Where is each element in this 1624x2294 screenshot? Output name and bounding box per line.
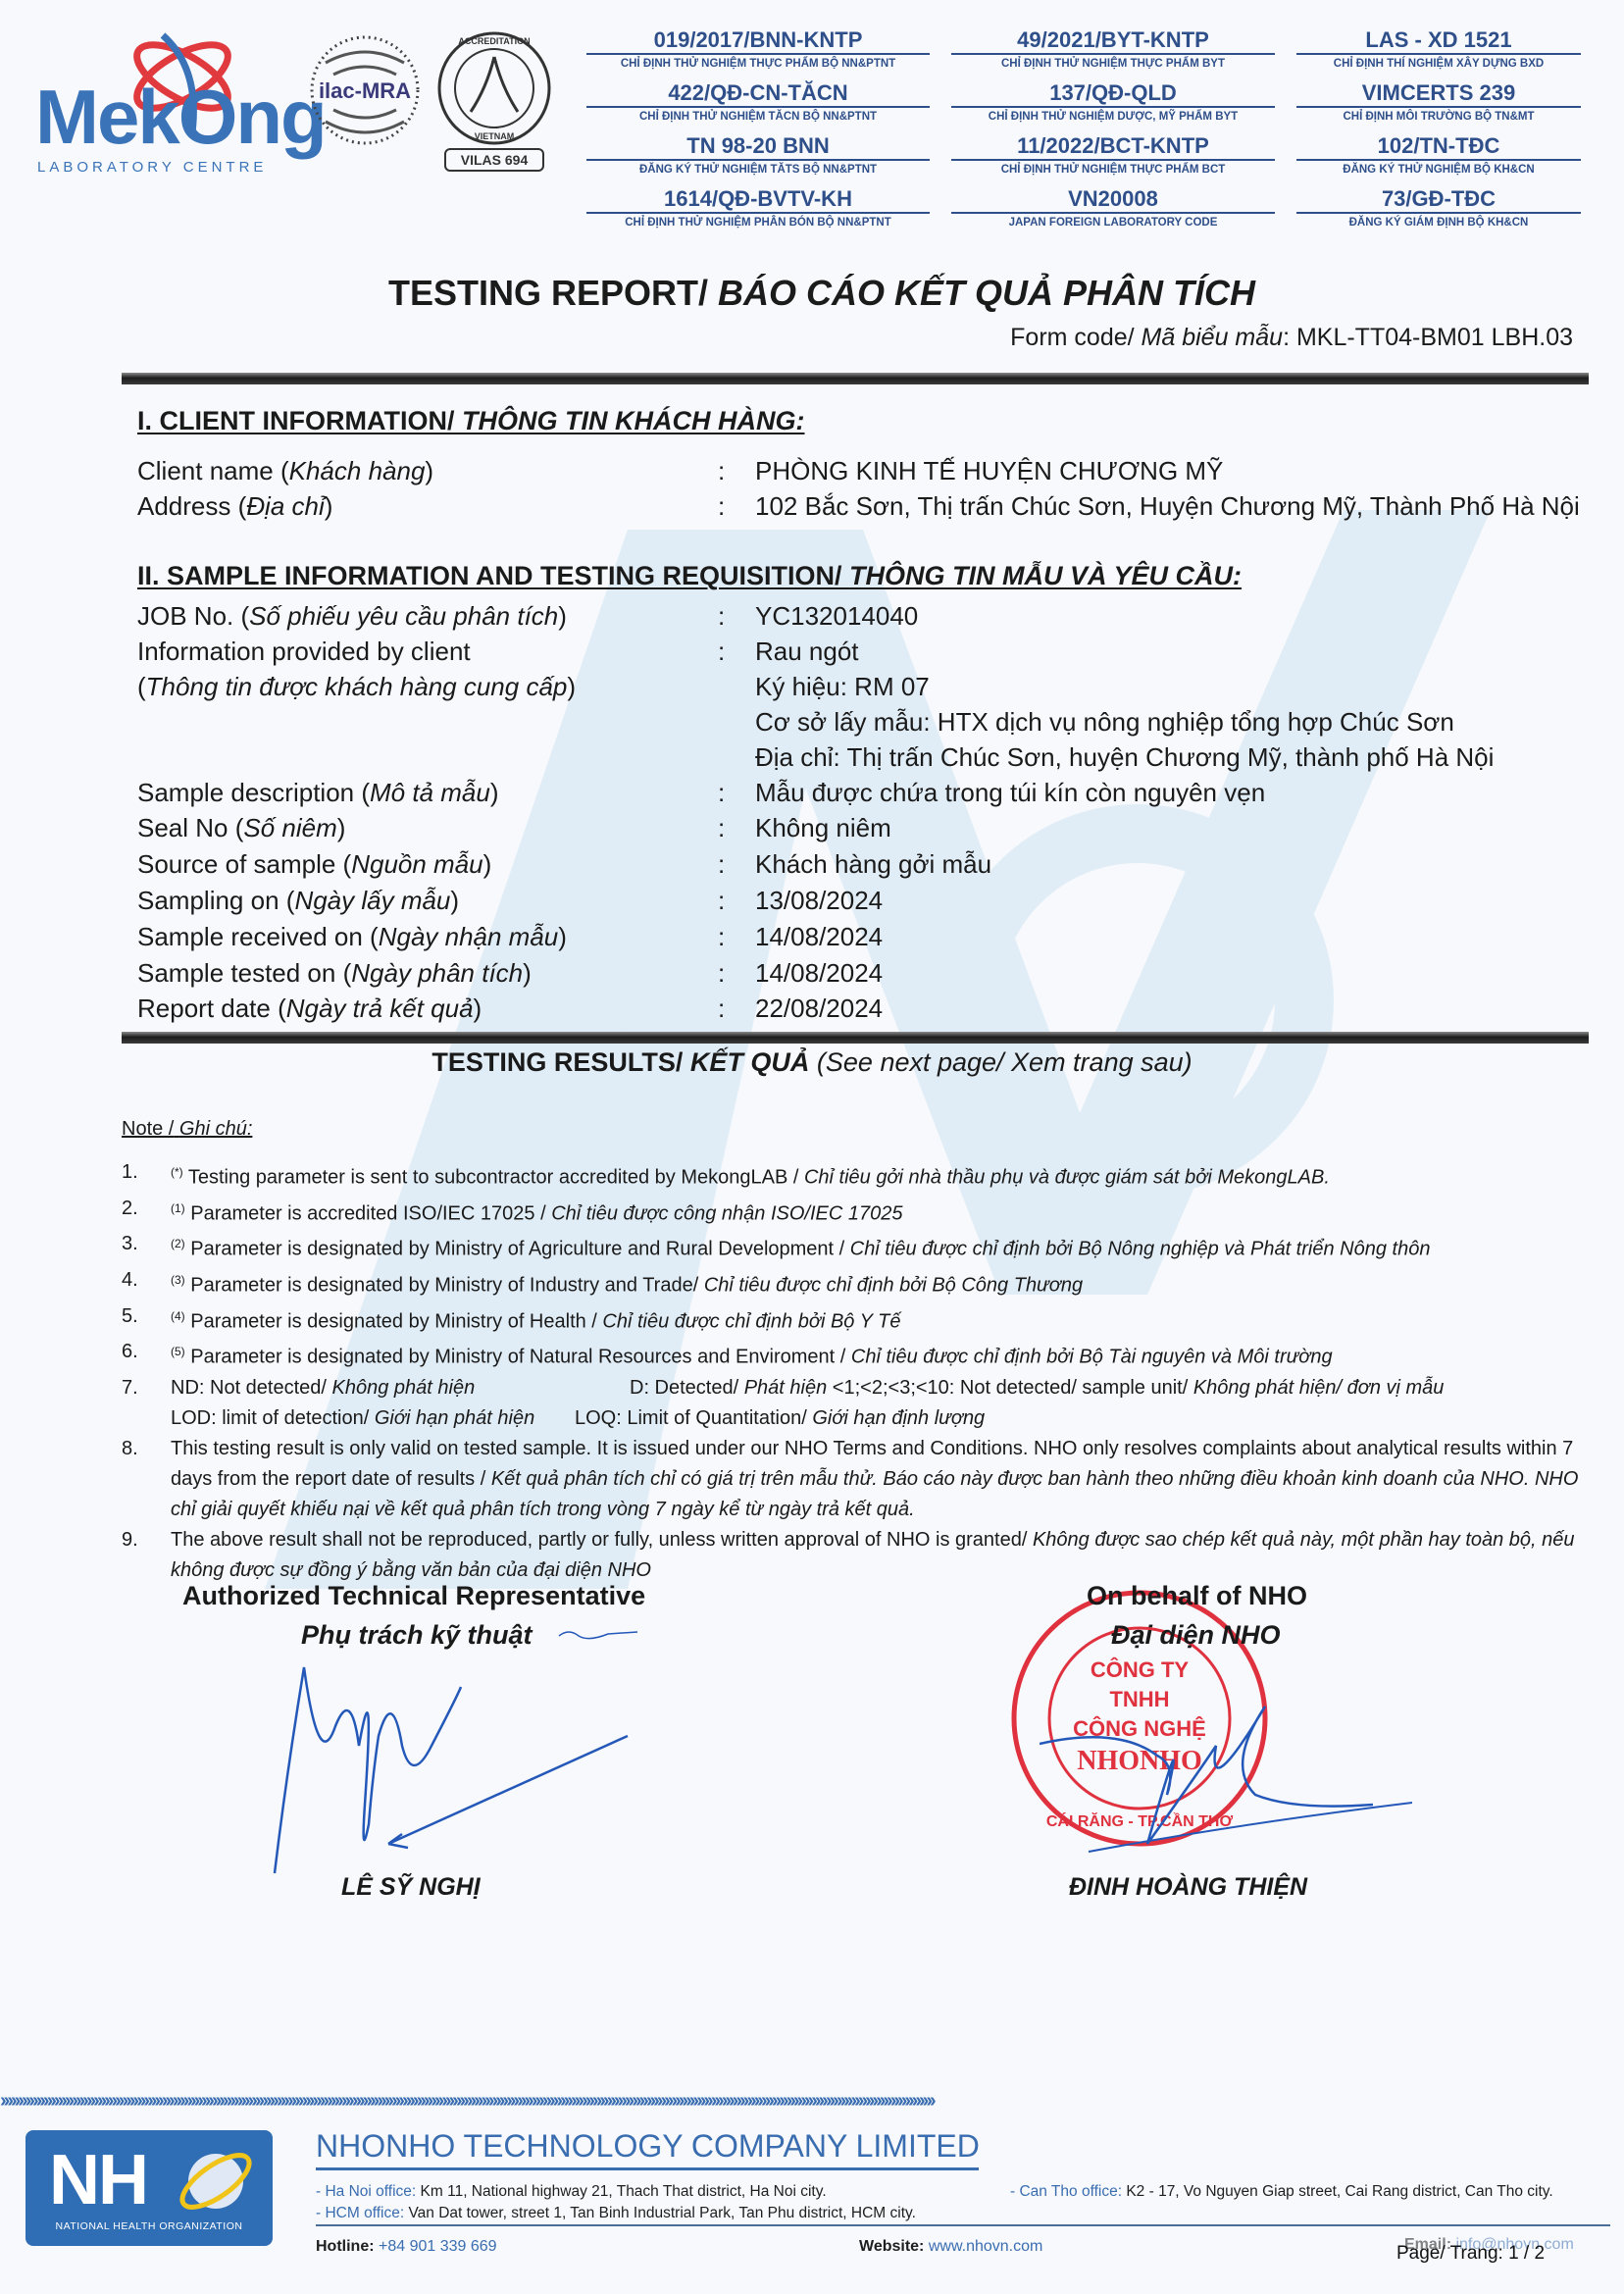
accreditation-desc: ĐĂNG KÝ GIÁM ĐỊNH BỘ KH&CN xyxy=(1296,214,1581,231)
sample-info-value: 14/08/2024 xyxy=(755,919,1599,954)
note-item-8: 8. This testing result is only valid on … xyxy=(122,1434,1583,1525)
note-item-5: 5.(4) Parameter is designated by Ministr… xyxy=(122,1301,1583,1338)
accreditation-item: 102/TN-TĐCĐĂNG KÝ THỬ NGHIỆM BỘ KH&CN xyxy=(1296,133,1581,186)
company-name: NHONHO TECHNOLOGY COMPANY LIMITED xyxy=(316,2128,980,2165)
svg-text:ilac-MRA: ilac-MRA xyxy=(319,78,411,103)
sample-code: Ký hiệu: RM 07 xyxy=(755,669,1599,704)
note-item-1: 1.(*) Testing parameter is sent to subco… xyxy=(122,1157,1583,1194)
svg-text:ACCREDITATION: ACCREDITATION xyxy=(458,36,530,46)
sample-info-value: Mẫu được chứa trong túi kín còn nguyên v… xyxy=(755,775,1599,810)
sample-info-value: Không niêm xyxy=(755,810,1599,845)
bureau-of-accreditation-logo: ACCREDITATION VIETNAM VILAS 694 xyxy=(431,29,557,177)
accreditation-item: TN 98-20 BNNĐĂNG KÝ THỬ NGHIỆM TĂTS BỘ N… xyxy=(586,133,930,186)
accreditation-code: VIMCERTS 239 xyxy=(1296,80,1581,108)
ilac-mra-logo: ilac-MRA xyxy=(306,31,424,149)
accreditation-item: VN20008JAPAN FOREIGN LABORATORY CODE xyxy=(951,186,1275,239)
nho-rep-name: ĐINH HOÀNG THIỆN xyxy=(1069,1873,1307,1902)
page-number: Page/ Trang: 1 / 2 xyxy=(1396,2243,1545,2265)
cantho-office: - Can Tho office: K2 - 17, Vo Nguyen Gia… xyxy=(1010,2183,1553,2201)
accreditation-code: 73/GĐ-TĐC xyxy=(1296,186,1581,214)
testing-results-line: TESTING RESULTS/ KẾT QUẢ (See next page/… xyxy=(0,1047,1624,1078)
job-number-value: YC132014040 xyxy=(755,598,1599,634)
notes-list: 1.(*) Testing parameter is sent to subco… xyxy=(122,1157,1583,1586)
signature-right-icon xyxy=(1040,1687,1412,1863)
website-link[interactable]: Website: www.nhovn.com xyxy=(859,2238,1042,2256)
note-item-2: 2.(1) Parameter is accredited ISO/IEC 17… xyxy=(122,1194,1583,1230)
svg-text:CÔNG TY: CÔNG TY xyxy=(1091,1657,1190,1682)
client-info-heading: I. CLIENT INFORMATION/ THÔNG TIN KHÁCH H… xyxy=(137,406,804,436)
accreditation-item: LAS - XD 1521CHỈ ĐỊNH THÍ NGHIỆM XÂY DỰN… xyxy=(1296,27,1581,80)
accreditation-desc: CHỈ ĐỊNH THỬ NGHIỆM TĂCN BỘ NN&PTNT xyxy=(586,108,930,126)
mekong-logo-subtitle: LABORATORY CENTRE xyxy=(37,159,267,176)
accreditation-item: 019/2017/BNN-KNTPCHỈ ĐỊNH THỬ NGHIỆM THỰ… xyxy=(586,27,930,80)
divider xyxy=(122,373,1589,384)
mekong-logo: MekOng LABORATORY CENTRE xyxy=(35,29,280,177)
sample-info-value: 14/08/2024 xyxy=(755,955,1599,991)
accreditation-code: 102/TN-TĐC xyxy=(1296,133,1581,161)
accreditation-item: 11/2022/BCT-KNTPCHỈ ĐỊNH THỬ NGHIỆM THỰC… xyxy=(951,133,1275,186)
accreditation-item: 422/QĐ-CN-TĂCNCHỈ ĐỊNH THỬ NGHIỆM TĂCN B… xyxy=(586,80,930,133)
accreditation-item: VIMCERTS 239CHỈ ĐỊNH MÔI TRƯỜNG BỘ TN&MT xyxy=(1296,80,1581,133)
accreditation-desc: JAPAN FOREIGN LABORATORY CODE xyxy=(951,214,1275,231)
note-item-6: 6.(5) Parameter is designated by Ministr… xyxy=(122,1337,1583,1373)
accreditation-item: 73/GĐ-TĐCĐĂNG KÝ GIÁM ĐỊNH BỘ KH&CN xyxy=(1296,186,1581,239)
technical-rep-name: LÊ SỸ NGHỊ xyxy=(341,1873,481,1902)
accreditation-code: 019/2017/BNN-KNTP xyxy=(586,27,930,55)
mekong-logo-text: MekOng xyxy=(35,78,326,155)
sample-info-heading: II. SAMPLE INFORMATION AND TESTING REQUI… xyxy=(137,561,1242,591)
accreditation-code: 137/QĐ-QLD xyxy=(951,80,1275,108)
nho-rep-title: On behalf of NHO xyxy=(1087,1581,1307,1611)
note-item-3: 3.(2) Parameter is designated by Ministr… xyxy=(122,1229,1583,1265)
accreditation-item: 49/2021/BYT-KNTPCHỈ ĐỊNH THỬ NGHIỆM THỰC… xyxy=(951,27,1275,80)
hcm-office: - HCM office: Van Dat tower, street 1, T… xyxy=(316,2205,916,2222)
client-address-value: 102 Bắc Sơn, Thị trấn Chúc Sơn, Huyện Ch… xyxy=(755,488,1599,524)
accreditation-desc: CHỈ ĐỊNH THỬ NGHIỆM THỰC PHẨM BCT xyxy=(951,161,1275,178)
accreditation-code: VN20008 xyxy=(951,186,1275,214)
form-code: Form code/ Mã biểu mẫu: MKL-TT04-BM01 LB… xyxy=(1010,324,1573,352)
sample-info-value: Khách hàng gởi mẫu xyxy=(755,846,1599,882)
accreditation-desc: CHỈ ĐỊNH THỬ NGHIỆM THỰC PHẨM BỘ NN&PTNT xyxy=(586,55,930,73)
accreditation-desc: CHỈ ĐỊNH THỬ NGHIỆM DƯỢC, MỸ PHẨM BYT xyxy=(951,108,1275,126)
note-item-4: 4.(3) Parameter is designated by Ministr… xyxy=(122,1265,1583,1301)
accreditation-item: 137/QĐ-QLDCHỈ ĐỊNH THỬ NGHIỆM DƯỢC, MỸ P… xyxy=(951,80,1275,133)
hanoi-office: - Ha Noi office: Km 11, National highway… xyxy=(316,2183,827,2201)
sample-name: Rau ngót xyxy=(755,634,1599,669)
notes-heading: Note / Ghi chú: xyxy=(122,1118,252,1141)
accreditation-desc: ĐĂNG KÝ THỬ NGHIỆM BỘ KH&CN xyxy=(1296,161,1581,178)
sampling-facility: Cơ sở lấy mẫu: HTX dịch vụ nông nghiệp t… xyxy=(755,704,1599,739)
accreditation-code: 49/2021/BYT-KNTP xyxy=(951,27,1275,55)
accreditation-desc: CHỈ ĐỊNH THỬ NGHIỆM PHÂN BÓN BỘ NN&PTNT xyxy=(586,214,930,231)
accreditation-code: 1614/QĐ-BVTV-KH xyxy=(586,186,930,214)
divider xyxy=(316,2167,979,2170)
accreditation-desc: CHỈ ĐỊNH THÍ NGHIỆM XÂY DỰNG BXD xyxy=(1296,55,1581,73)
signature-left-icon xyxy=(265,1628,637,1883)
hotline: Hotline: +84 901 339 669 xyxy=(316,2238,497,2256)
divider xyxy=(122,1032,1589,1044)
note-item-9: 9. The above result shall not be reprodu… xyxy=(122,1525,1583,1586)
nho-rep-subtitle: Đại diện NHO xyxy=(1111,1620,1281,1651)
nho-logo: NH NATIONAL HEALTH ORGANIZATION xyxy=(25,2130,273,2246)
sampling-address: Địa chỉ: Thị trấn Chúc Sơn, huyện Chương… xyxy=(755,739,1599,775)
client-name-value: PHÒNG KINH TẾ HUYỆN CHƯƠNG MỸ xyxy=(755,453,1599,488)
accreditation-code: TN 98-20 BNN xyxy=(586,133,930,161)
accreditation-desc: CHỈ ĐỊNH THỬ NGHIỆM THỰC PHẨM BYT xyxy=(951,55,1275,73)
footer-chevron-band: ››››››››››››››››››››››››››››››››››››››››… xyxy=(0,2091,1624,2111)
accreditation-item: 1614/QĐ-BVTV-KHCHỈ ĐỊNH THỬ NGHIỆM PHÂN … xyxy=(586,186,930,239)
technical-rep-title: Authorized Technical Representative xyxy=(182,1581,645,1611)
divider xyxy=(316,2224,1610,2226)
accreditation-codes: 019/2017/BNN-KNTPCHỈ ĐỊNH THỬ NGHIỆM THỰ… xyxy=(586,27,1587,239)
svg-text:VILAS 694: VILAS 694 xyxy=(461,152,529,168)
sample-info-value: 22/08/2024 xyxy=(755,991,1599,1026)
svg-text:VIETNAM: VIETNAM xyxy=(475,131,515,141)
note-item-7: 7. ND: Not detected/ Không phát hiệnD: D… xyxy=(122,1373,1583,1434)
accreditation-desc: CHỈ ĐỊNH MÔI TRƯỜNG BỘ TN&MT xyxy=(1296,108,1581,126)
accreditation-code: 11/2022/BCT-KNTP xyxy=(951,133,1275,161)
accreditation-code: LAS - XD 1521 xyxy=(1296,27,1581,55)
accreditation-code: 422/QĐ-CN-TĂCN xyxy=(586,80,930,108)
report-title: TESTING REPORT/ BÁO CÁO KẾT QUẢ PHÂN TÍC… xyxy=(388,273,1255,314)
globe-icon xyxy=(173,2144,257,2218)
sample-info-value: 13/08/2024 xyxy=(755,883,1599,918)
accreditation-desc: ĐĂNG KÝ THỬ NGHIỆM TĂTS BỘ NN&PTNT xyxy=(586,161,930,178)
